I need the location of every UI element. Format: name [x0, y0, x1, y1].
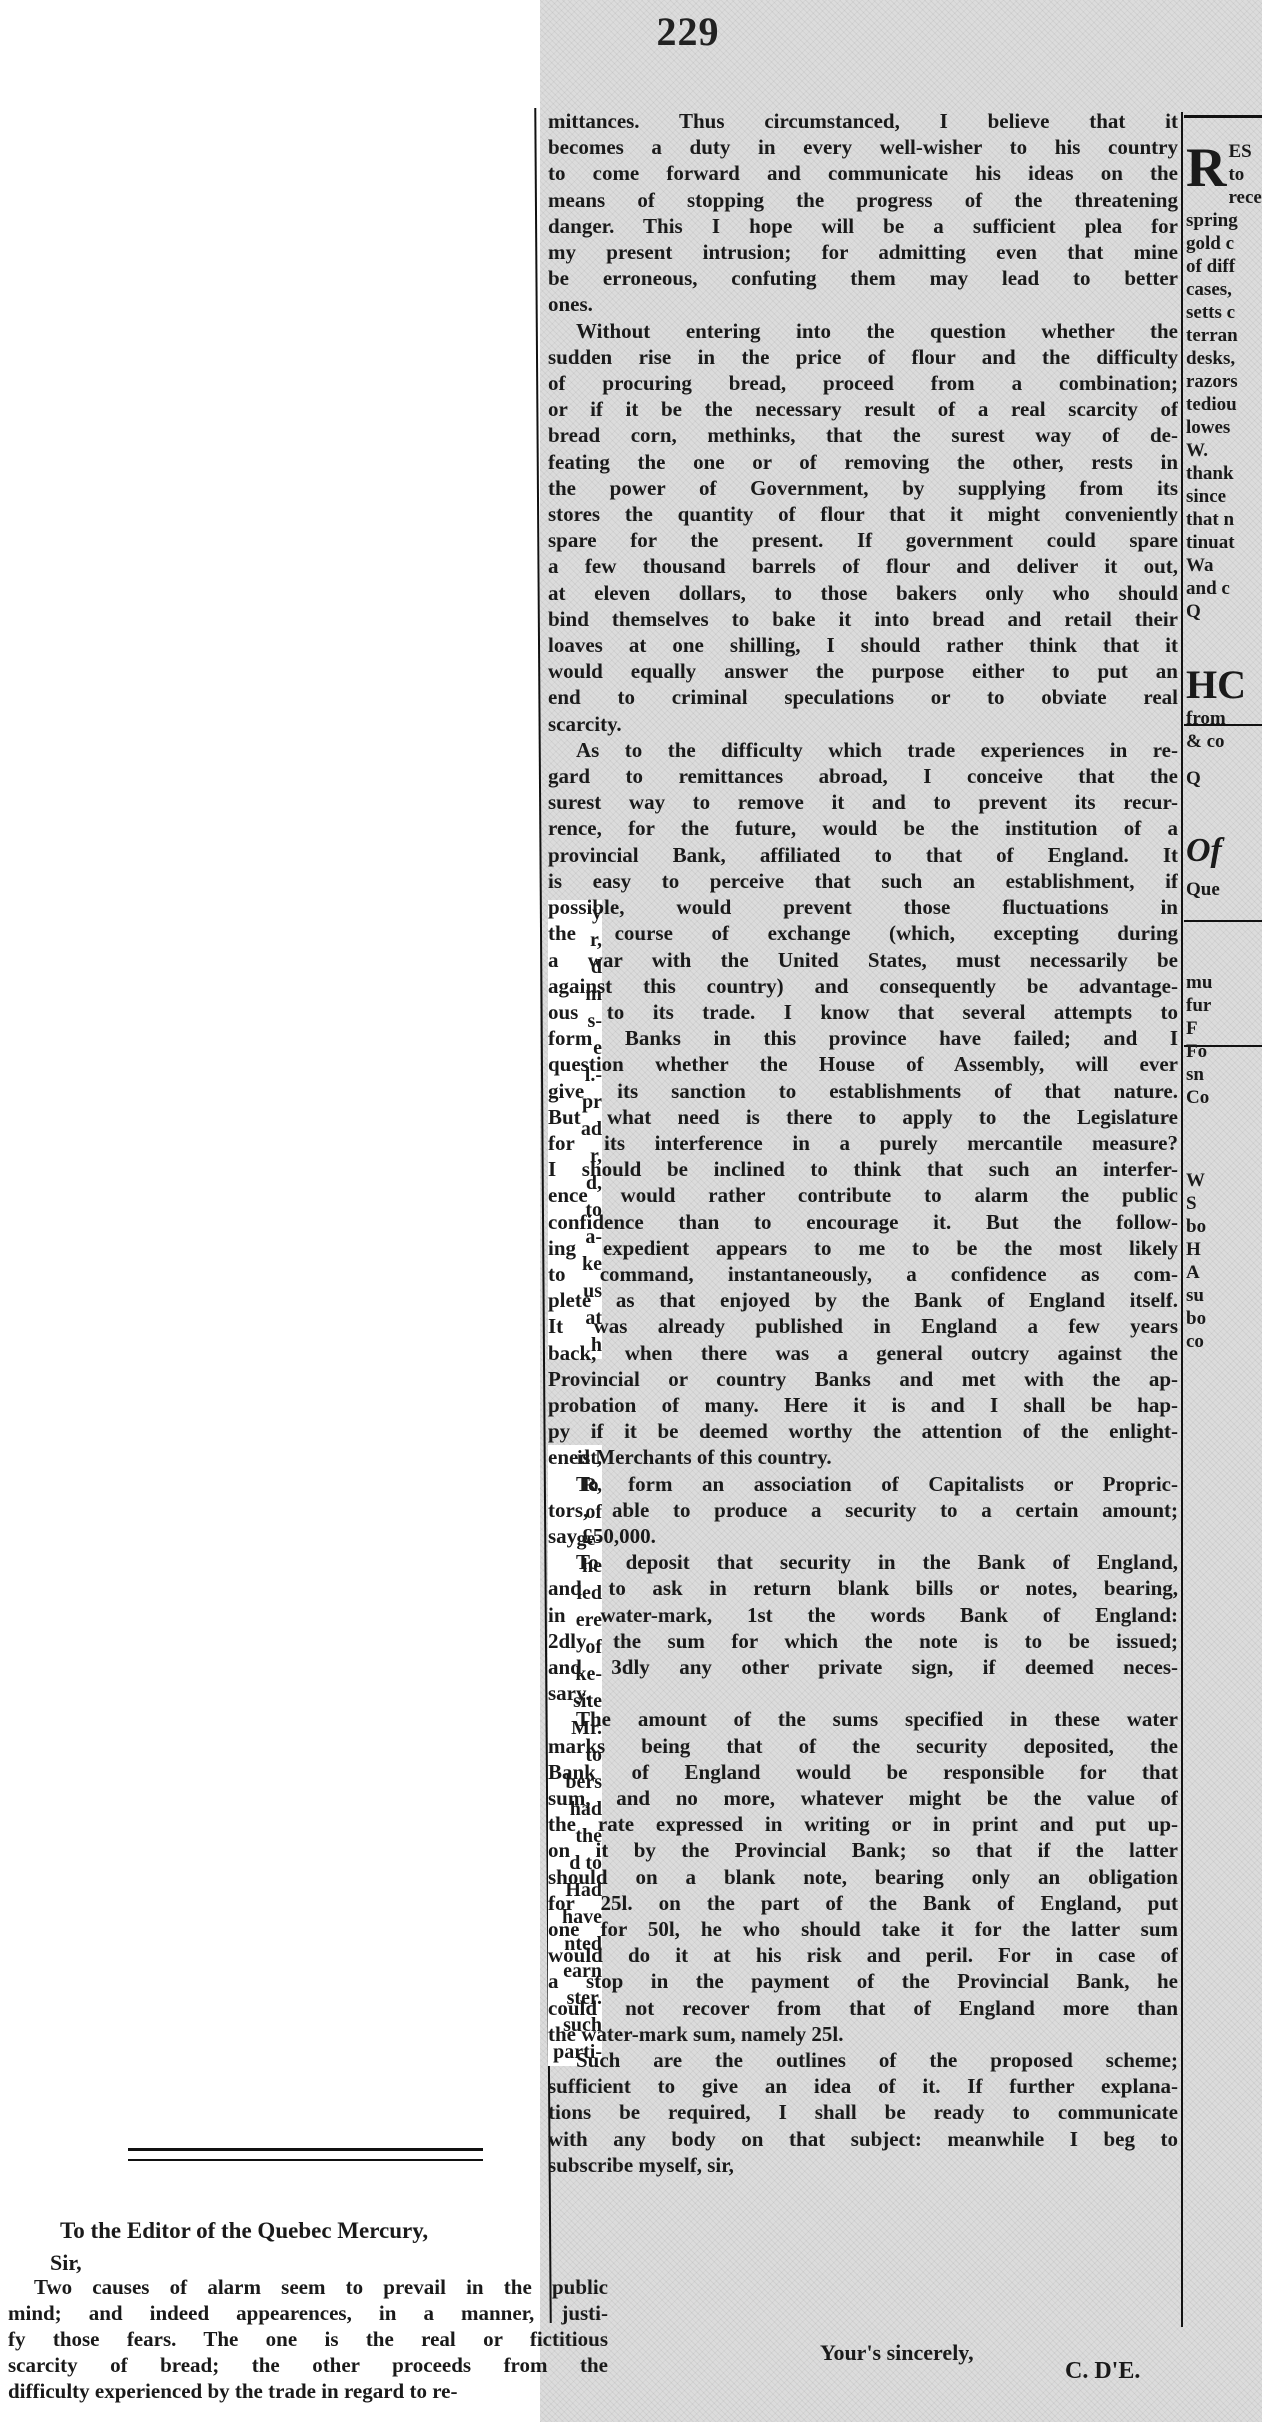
letter-line: Two causes of alarm seem to prevail in t… [8, 2274, 608, 2300]
fragment-text: tediou [1186, 393, 1262, 416]
article-line: to command, instantaneously, a confidenc… [548, 1261, 1178, 1287]
article-line: possible, would prevent those fluctuatio… [548, 894, 1178, 920]
fragment-text: receiv [1228, 186, 1262, 209]
article-line: question whether the House of Assembly, … [548, 1051, 1178, 1077]
letter-heading: To the Editor of the Quebec Mercury, [60, 2218, 428, 2244]
article-line: ous to its trade. I know that several at… [548, 999, 1178, 1025]
fragment-text: gold c [1186, 232, 1262, 255]
article-line: sary. [548, 1680, 1178, 1706]
fragment-text: tinuat [1186, 531, 1262, 554]
article-line: ones. [548, 291, 1178, 317]
article-line: provincial Bank, affiliated to that of E… [548, 842, 1178, 868]
article-line: becomes a duty in every well-wisher to h… [548, 134, 1178, 160]
letter-line: mind; and indeed appearences, in a manne… [8, 2300, 608, 2326]
article-line: ence would rather contribute to alarm th… [548, 1182, 1178, 1208]
fragment-text: cases, [1186, 278, 1262, 301]
article-line: probation of many. Here it is and I shal… [548, 1392, 1178, 1418]
fragment-text: Of [1186, 830, 1262, 872]
article-line: Bank of England would be responsible for… [548, 1759, 1178, 1785]
fragment-text: lowes [1186, 416, 1262, 439]
article-line: As to the difficulty which trade experie… [548, 737, 1178, 763]
article-line: a few thousand barrels of flour and deli… [548, 553, 1178, 579]
article-line: and to ask in return blank bills or note… [548, 1575, 1178, 1601]
article-line: danger. This I hope will be a sufficient… [548, 213, 1178, 239]
article-line: the power of Government, by supplying fr… [548, 475, 1178, 501]
fragment-text: bo [1186, 1307, 1262, 1330]
fragment-text: setts c [1186, 301, 1262, 324]
article-line: mittances. Thus circumstanced, I believe… [548, 108, 1178, 134]
fragment-text: HC [1186, 663, 1262, 707]
section-double-rule [128, 2148, 483, 2161]
article-line: say £50,000. [548, 1523, 1178, 1549]
letter-line: scarcity of bread; the other proceeds fr… [8, 2352, 608, 2378]
article-body: mittances. Thus circumstanced, I believe… [548, 108, 1178, 2178]
article-line: sum, and no more, whatever might be the … [548, 1785, 1178, 1811]
article-line: a stop in the payment of the Provincial … [548, 1968, 1178, 1994]
article-line: the rate expressed in writing or in prin… [548, 1811, 1178, 1837]
article-line: It was already published in England a fe… [548, 1313, 1178, 1339]
article-line: bind themselves to bake it into bread an… [548, 606, 1178, 632]
fragment-text: of diff [1186, 255, 1262, 278]
fragment-text: terran [1186, 324, 1262, 347]
article-line: tors, able to produce a security to a ce… [548, 1497, 1178, 1523]
fragment-text: S [1186, 1192, 1262, 1215]
fragment-text: Wa [1186, 554, 1262, 577]
article-line: 2dly the sum for which the note is to be… [548, 1628, 1178, 1654]
signature: C. D'E. [1065, 2358, 1140, 2385]
fragment-text: Fo [1186, 1040, 1262, 1063]
article-paragraph: mittances. Thus circumstanced, I believe… [548, 108, 1178, 318]
article-line: To deposit that security in the Bank of … [548, 1549, 1178, 1575]
fragment-text: co [1186, 1330, 1262, 1353]
article-line: means of stopping the progress of the th… [548, 187, 1178, 213]
article-paragraph: To form an association of Capitalists or… [548, 1471, 1178, 1550]
article-line: But what need is there to apply to the L… [548, 1104, 1178, 1130]
article-line: subscribe myself, sir, [548, 2152, 1178, 2178]
article-paragraph: As to the difficulty which trade experie… [548, 737, 1178, 1471]
article-line: to come forward and communicate his idea… [548, 160, 1178, 186]
article-line: To form an association of Capitalists or… [548, 1471, 1178, 1497]
article-line: rence, for the future, would be the inst… [548, 815, 1178, 841]
article-line: ing expedient appears to me to be the mo… [548, 1235, 1178, 1261]
fragment-text: W [1186, 1169, 1262, 1192]
article-line: could not recover from that of England m… [548, 1995, 1178, 2021]
letter-line: fy those fears. The one is the real or f… [8, 2326, 608, 2352]
article-line: scarcity. [548, 711, 1178, 737]
fragment-text: spring [1186, 209, 1262, 232]
fragment-text: Que [1186, 878, 1262, 901]
fragment-text: Q [1186, 767, 1262, 790]
article-line: sufficient to give an idea of it. If fur… [548, 2073, 1178, 2099]
article-paragraph: The amount of the sums specified in thes… [548, 1706, 1178, 2047]
article-line: stores the quantity of flour that it mig… [548, 501, 1178, 527]
fragment-text: Co [1186, 1086, 1262, 1109]
letter-line: difficulty experienced by the trade in r… [8, 2378, 608, 2404]
fragment-text: mu [1186, 971, 1262, 994]
article-paragraph: To deposit that security in the Bank of … [548, 1549, 1178, 1706]
fragment-text: A [1186, 1261, 1262, 1284]
article-line: gard to remittances abroad, I conceive t… [548, 763, 1178, 789]
fragment-text: and c [1186, 577, 1262, 600]
article-line: marks being that of the security deposit… [548, 1733, 1178, 1759]
article-line: for its interference in a purely mercant… [548, 1130, 1178, 1156]
article-line: at eleven dollars, to those bakers only … [548, 580, 1178, 606]
right-column-fragments: REStoreceivspringgold cof diffcases,sett… [1186, 140, 1262, 1353]
fragment-text: fur [1186, 994, 1262, 1017]
article-line: for 25l. on the part of the Bank of Engl… [548, 1890, 1178, 1916]
article-paragraph: Such are the outlines of the proposed sc… [548, 2047, 1178, 2178]
fragment-text: to [1228, 163, 1262, 186]
article-line: be erroneous, confuting them may lead to… [548, 265, 1178, 291]
article-line: feating the one or of removing the other… [548, 449, 1178, 475]
article-line: the course of exchange (which, excepting… [548, 920, 1178, 946]
fragment-text: H [1186, 1238, 1262, 1261]
article-line: tions be required, I shall be ready to c… [548, 2099, 1178, 2125]
article-line: would do it at his risk and peril. For i… [548, 1942, 1178, 1968]
article-line: one for 50l, he who should take it for t… [548, 1916, 1178, 1942]
fragment-text: Q [1186, 600, 1262, 623]
article-line: end to criminal speculations or to obvia… [548, 684, 1178, 710]
article-line: against this country) and consequently b… [548, 973, 1178, 999]
article-line: and 3dly any other private sign, if deem… [548, 1654, 1178, 1680]
article-line: surest way to remove it and to prevent i… [548, 789, 1178, 815]
right-column-top-rule [1184, 115, 1262, 118]
article-line: Without entering into the question wheth… [548, 318, 1178, 344]
fragment-text: W. [1186, 439, 1262, 462]
fragment-text: & co [1186, 730, 1262, 753]
article-line: in water-mark, 1st the words Bank of Eng… [548, 1602, 1178, 1628]
fragment-text: since [1186, 485, 1262, 508]
article-line: with any body on that subject: meanwhile… [548, 2126, 1178, 2152]
article-line: of procuring bread, proceed from a combi… [548, 370, 1178, 396]
article-line: Such are the outlines of the proposed sc… [548, 2047, 1178, 2073]
article-line: ened Merchants of this country. [548, 1444, 1178, 1470]
article-line: back, when there was a general outcry ag… [548, 1340, 1178, 1366]
article-line: is easy to perceive that such an establi… [548, 868, 1178, 894]
article-line: my present intrusion; for admitting even… [548, 239, 1178, 265]
article-line: form Banks in this province have failed;… [548, 1025, 1178, 1051]
article-line: The amount of the sums specified in thes… [548, 1706, 1178, 1732]
article-line: the water-mark sum, namely 25l. [548, 2021, 1178, 2047]
fragment-text: bo [1186, 1215, 1262, 1238]
article-line: give its sanction to establishments of t… [548, 1078, 1178, 1104]
article-line: on it by the Provincial Bank; so that if… [548, 1837, 1178, 1863]
fragment-text: sn [1186, 1063, 1262, 1086]
article-line: would equally answer the purpose either … [548, 658, 1178, 684]
article-line: py if it be deemed worthy the attention … [548, 1418, 1178, 1444]
letter-salutation: Sir, [50, 2250, 82, 2276]
fragment-text: razors [1186, 370, 1262, 393]
article-line: confidence than to encourage it. But the… [548, 1209, 1178, 1235]
fragment-text: from [1186, 707, 1262, 730]
article-line: a war with the United States, must neces… [548, 947, 1178, 973]
fragment-text: ES [1228, 140, 1262, 163]
fragment-text: thank [1186, 462, 1262, 485]
page-number: 229 [628, 8, 748, 55]
closing-phrase: Your's sincerely, [820, 2340, 974, 2366]
letter-intro-body: Two causes of alarm seem to prevail in t… [8, 2274, 608, 2404]
article-line: spare for the present. If government cou… [548, 527, 1178, 553]
article-paragraph: Without entering into the question wheth… [548, 318, 1178, 737]
fragment-text: that n [1186, 508, 1262, 531]
article-line: bread corn, methinks, that the surest wa… [548, 422, 1178, 448]
article-line: I should be inclined to think that such … [548, 1156, 1178, 1182]
drop-cap: R [1186, 140, 1226, 196]
column-rule-right [1181, 112, 1183, 2327]
article-line: sudden rise in the price of flour and th… [548, 344, 1178, 370]
article-line: or if it be the necessary result of a re… [548, 396, 1178, 422]
article-line: loaves at one shilling, I should rather … [548, 632, 1178, 658]
fragment-text: su [1186, 1284, 1262, 1307]
article-line: should on a blank note, bearing only an … [548, 1864, 1178, 1890]
fragment-text: F [1186, 1017, 1262, 1040]
article-line: Provincial or country Banks and met with… [548, 1366, 1178, 1392]
fragment-text: desks, [1186, 347, 1262, 370]
article-line: plete as that enjoyed by the Bank of Eng… [548, 1287, 1178, 1313]
